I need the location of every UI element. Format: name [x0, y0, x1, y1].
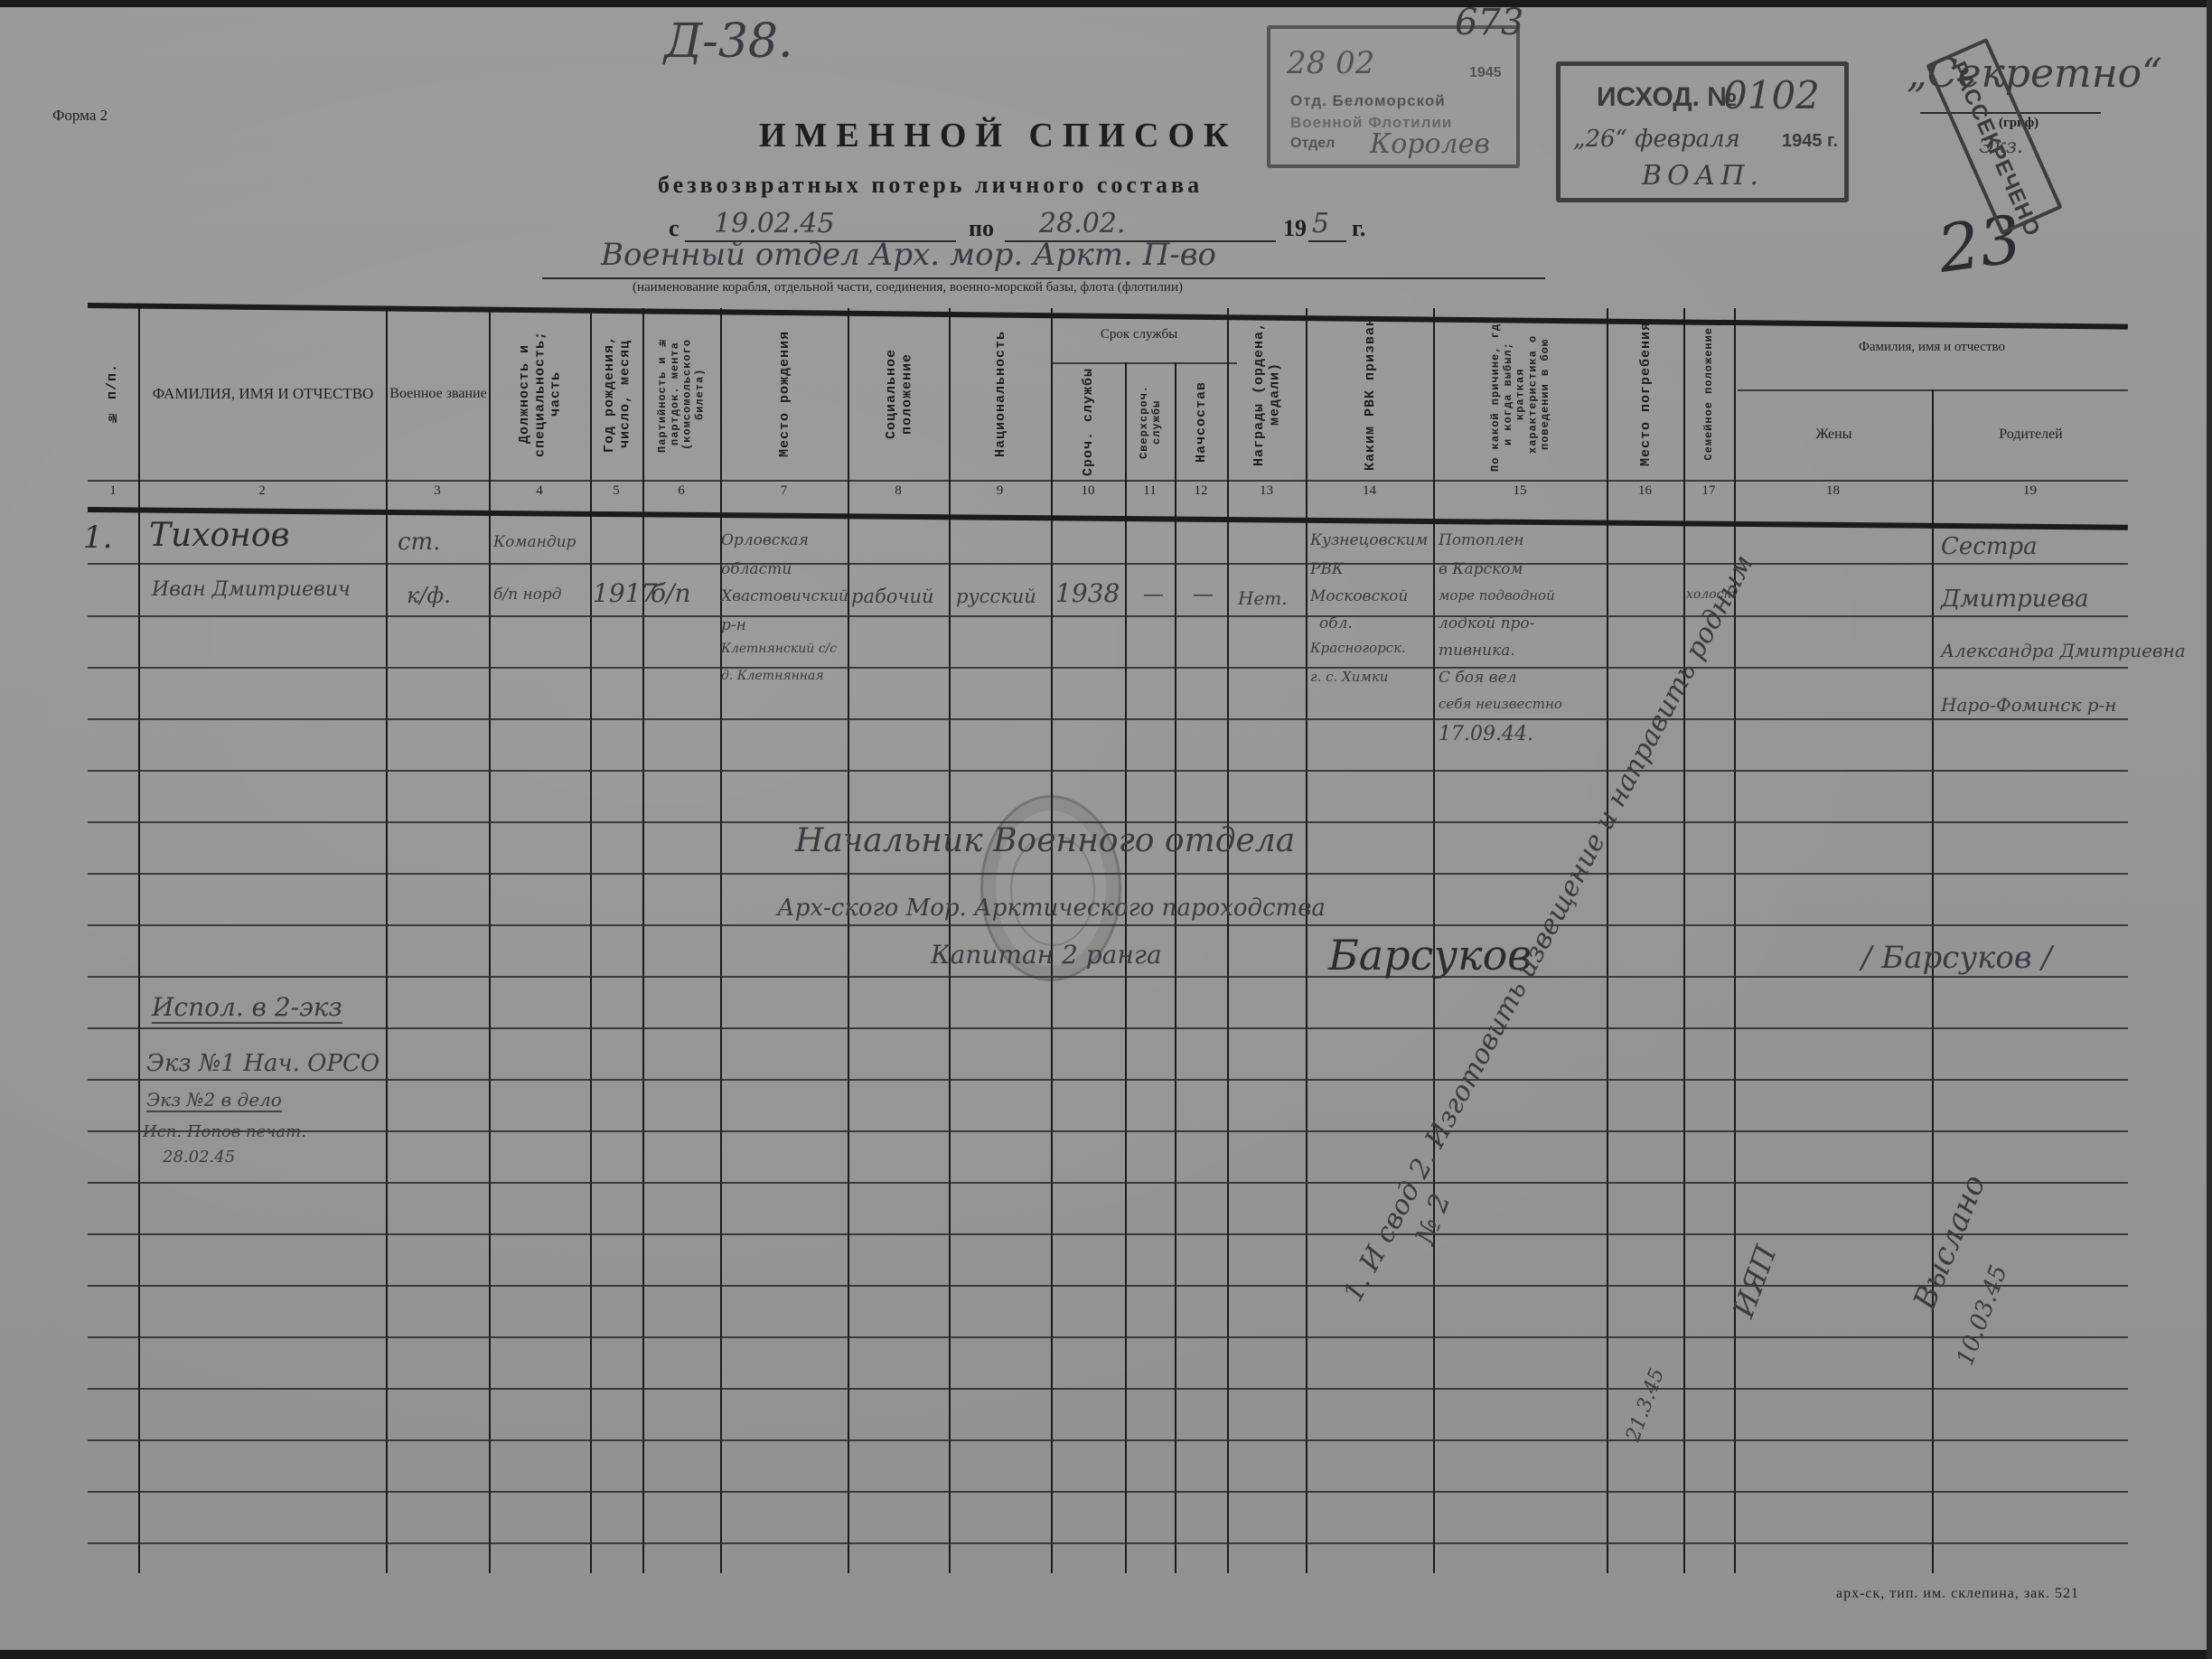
header-col-4: Должность и специальность; часть [491, 310, 590, 478]
header-col-6: Партийность и № партдок. мента (комсомол… [644, 310, 720, 478]
header-col-11: Сверхсроч. службы [1127, 366, 1175, 478]
period-from-value: 19.02.45 [714, 208, 835, 239]
row-rule [88, 1285, 2128, 1287]
row-rule [88, 1182, 2128, 1184]
rvk-line: Кузнецовским [1310, 531, 1428, 549]
row-rule [88, 1079, 2128, 1081]
incoming-stamp-org-3: Отдел [1290, 136, 1335, 152]
header-col-7: Место рождения [722, 310, 848, 478]
cause-line: тивника. [1439, 642, 1515, 660]
header-group-relatives: Фамилия, имя и отчество [1736, 312, 2128, 384]
outgoing-stamp-number: 0102 [1723, 73, 1820, 117]
incoming-stamp: 28 02 1945 Отд. Беломорской Военной Флот… [1267, 25, 1520, 168]
copy-1-note: Экз №1 Нач. ОРСО [146, 1050, 380, 1077]
colnum-16: 16 [1607, 483, 1683, 507]
nationality: русский [956, 586, 1036, 607]
name-patronymic: Иван Дмитриевич [152, 578, 351, 601]
header-col-3: Военное звание [388, 310, 489, 478]
row-rule [88, 1233, 2128, 1235]
signature-line-3: Капитан 2 ранга [931, 940, 1162, 970]
header-col-17: Семейное положение [1685, 310, 1734, 478]
colnum-11: 11 [1125, 483, 1175, 507]
document-title: ИМЕННОЙ СПИСОК [759, 116, 1238, 155]
row-rule [88, 770, 2128, 772]
colnum-12: 12 [1175, 483, 1227, 507]
outgoing-stamp-date: „26“ февраля [1573, 126, 1740, 153]
birthplace-line: области [721, 560, 792, 578]
position-line-2: б/п норд [493, 586, 562, 604]
incoming-stamp-signature: Королев [1370, 128, 1490, 160]
column-number-rule [88, 480, 2128, 482]
parents-line: Наро-Фоминск р-н [1941, 694, 2116, 716]
awards: Нет. [1238, 587, 1288, 609]
header-col-14: Каким РВК призван [1308, 310, 1433, 478]
header-col-12: Начсостав [1176, 366, 1227, 478]
executor-date: 28.02.45 [163, 1148, 235, 1167]
row-rule [88, 976, 2128, 978]
row-rule [88, 563, 2128, 565]
period-year-suffix: г. [1352, 215, 1365, 242]
header-col-9: Национальность [951, 310, 1051, 478]
commander-name: / Барсуков / [1861, 940, 2052, 976]
row-rule [88, 1130, 2128, 1132]
outgoing-stamp-dept: ВОАП. [1642, 160, 1764, 192]
birthplace-line: Клетнянский с/с [721, 642, 837, 656]
cause-line: Потоплен [1439, 531, 1523, 549]
rank-line-2: к/ф. [407, 583, 451, 608]
row-number: 1. [83, 520, 112, 556]
parents-line: Сестра [1941, 533, 2038, 560]
scan-edge-bottom [0, 1650, 2212, 1659]
rvk-line: г. с. Химки [1310, 669, 1388, 685]
birthplace-line: р-н [721, 616, 746, 634]
rank-line-1: ст. [398, 529, 440, 556]
cause-line: лодкой про- [1439, 614, 1534, 633]
colnum-9: 9 [949, 483, 1051, 507]
row-rule [88, 1439, 2128, 1441]
incoming-stamp-year: 1945 [1469, 65, 1502, 81]
birth-year: 1917 [593, 578, 657, 608]
parents-line: Александра Дмитриевна [1941, 640, 2186, 661]
cause-line: С боя вел [1439, 669, 1516, 687]
extended-service: — [1143, 583, 1164, 606]
header-col-13: Награды (ордена, медали) [1229, 310, 1306, 478]
period-to-value: 28.02. [1039, 208, 1125, 239]
form-label: Форма 2 [52, 107, 108, 125]
colnum-15: 15 [1433, 483, 1607, 507]
position-line-1: Командир [493, 533, 576, 551]
header-group-service-term: Срок службы [1051, 310, 1227, 361]
rvk-line: Московской [1310, 587, 1408, 605]
cause-line: море подводной [1439, 587, 1555, 604]
row-rule [88, 1027, 2128, 1029]
row-rule [88, 1491, 2128, 1493]
period-year-value: 5 [1312, 208, 1329, 239]
commander-signature: Барсуков [1328, 931, 1532, 979]
copies-note: Испол. в 2-экз [152, 992, 342, 1024]
unit-caption: (наименование корабля, отдельной части, … [633, 280, 1183, 295]
birthplace-line: Орловская [721, 531, 809, 549]
row-rule [88, 1336, 2128, 1338]
period-year-prefix: 19 [1283, 215, 1307, 242]
scan-edge-top [0, 0, 2212, 7]
birthplace-line: д. Клетнянная [721, 669, 824, 683]
colnum-17: 17 [1683, 483, 1734, 507]
unit-underline [542, 276, 1545, 279]
outgoing-stamp: ИСХОД. № 0102 „26“ февраля 1945 г. ВОАП. [1556, 61, 1849, 202]
header-col-18: Жены [1736, 391, 1932, 478]
document-subtitle: безвозвратных потерь личного состава [658, 172, 1203, 199]
header-col-8: Социальное положение [849, 310, 949, 478]
unit-name: Военный отдел Арх. мор. Аркт. П-во [601, 237, 1216, 273]
row-rule [88, 667, 2128, 669]
signature-line-2: Арх-ского Мор. Арктического пароходства [777, 895, 1326, 922]
colnum-8: 8 [848, 483, 949, 507]
incoming-stamp-date: 28 02 [1287, 45, 1374, 81]
rvk-line: обл. [1319, 614, 1353, 633]
colnum-5: 5 [590, 483, 642, 507]
header-col-15: По какой причине, где и когда выбыл; кра… [1435, 310, 1607, 478]
colnum-19: 19 [1932, 483, 2128, 507]
birthplace-line: Хвастовичский [721, 587, 848, 605]
rvk-line: Красногорск. [1310, 640, 1406, 656]
cause-line: в Карском [1439, 560, 1523, 578]
row-rule [88, 1388, 2128, 1390]
rvk-line: РВК [1310, 560, 1344, 578]
social-status: рабочий [851, 586, 934, 607]
colnum-18: 18 [1734, 483, 1932, 507]
printer-imprint: арх-ск, тип. им. склепина, зак. 521 [1836, 1586, 2079, 1602]
row-rule [88, 615, 2128, 617]
header-col-5: Год рождения, число, месяц [592, 310, 642, 478]
colnum-13: 13 [1227, 483, 1306, 507]
surname: Тихонов [149, 517, 290, 554]
conscript-service: 1938 [1055, 578, 1120, 608]
document-code: Д-38. [664, 14, 793, 69]
cause-date: 17.09.44. [1439, 723, 1533, 745]
party-status: б/п [651, 578, 691, 608]
incoming-stamp-org-1: Отд. Беломорской [1290, 92, 1446, 110]
colnum-2: 2 [138, 483, 386, 507]
colnum-10: 10 [1051, 483, 1125, 507]
table-header-bottom-rule [88, 507, 2128, 530]
col-divider-18 [1932, 389, 1934, 1573]
header-col-16: Место погребения [1608, 310, 1683, 478]
colnum-1: 1 [88, 483, 138, 507]
colnum-14: 14 [1306, 483, 1433, 507]
command-staff: — [1193, 583, 1214, 606]
row-rule [88, 1542, 2128, 1544]
colnum-3: 3 [386, 483, 489, 507]
executor-note: Исп. Попов печат. [143, 1122, 306, 1141]
outgoing-stamp-year: 1945 г. [1782, 131, 1838, 152]
outgoing-stamp-header: ИСХОД. № [1597, 82, 1738, 113]
header-col-2: ФАМИЛИЯ, ИМЯ И ОТЧЕСТВО [140, 310, 386, 478]
header-col-1: № п/п. [88, 310, 138, 478]
col-divider-11 [1175, 362, 1176, 1573]
row-rule [88, 718, 2128, 720]
signature-line-1: Начальник Военного отдела [795, 822, 1295, 859]
header-col-19: Родителей [1934, 391, 2128, 478]
service-term-group-rule [1051, 362, 1237, 364]
header-col-10: Сроч. службы [1053, 366, 1125, 478]
colnum-4: 4 [489, 483, 590, 507]
colnum-6: 6 [642, 483, 720, 507]
cause-line: себя неизвестно [1439, 696, 1562, 712]
parents-line: Дмитриева [1941, 586, 2089, 613]
colnum-7: 7 [720, 483, 848, 507]
scan-edge-right [2207, 0, 2212, 1659]
copy-2-note: Экз №2 в дело [146, 1089, 282, 1112]
